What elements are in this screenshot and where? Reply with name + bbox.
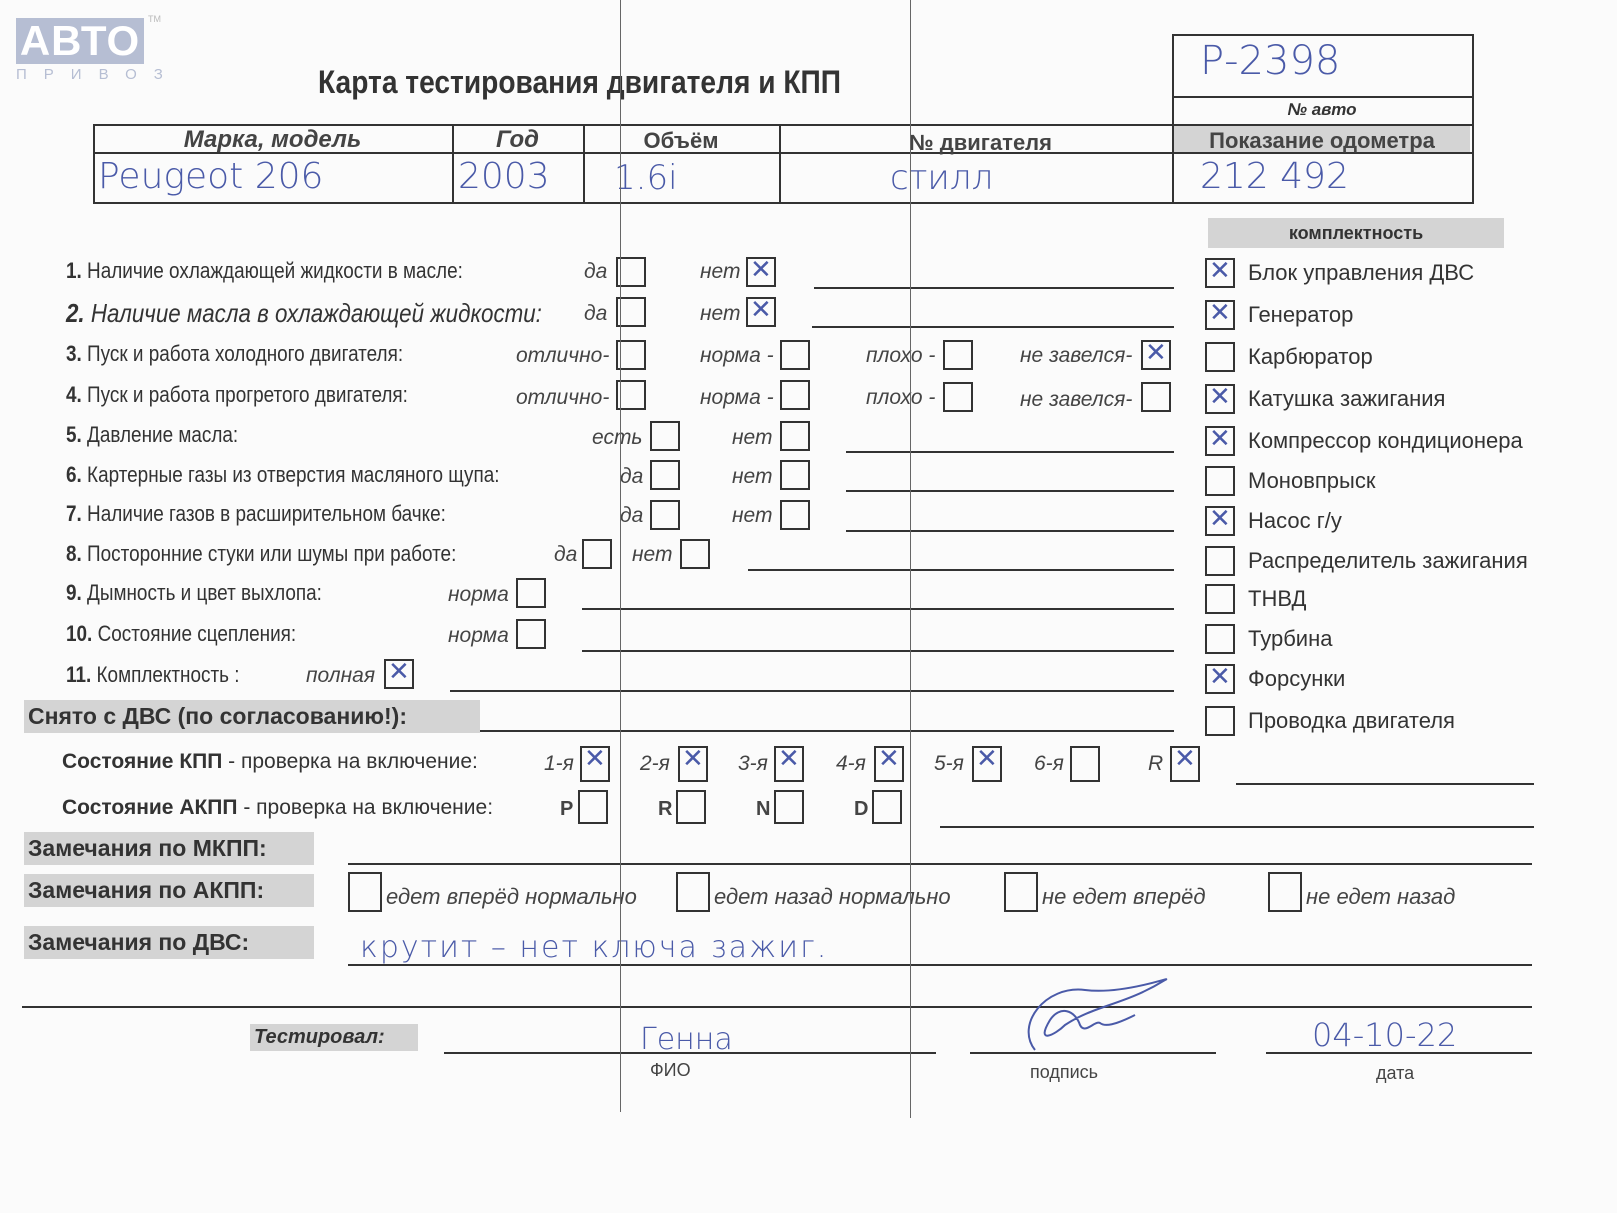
kit-item-label: Генератор [1248, 302, 1353, 328]
option-label: нет [632, 543, 673, 567]
option-label: есть [592, 426, 642, 450]
col-header-make-model: Марка, модель [93, 126, 452, 154]
kit-item-label: Форсунки [1248, 666, 1345, 692]
q10-normal-checkbox[interactable] [516, 619, 546, 649]
answer-line [582, 650, 1174, 652]
car-number-label: № авто [1172, 100, 1472, 120]
signature-line [970, 1052, 1216, 1054]
akpp-remark-checkbox[interactable] [1004, 872, 1038, 912]
option-label: не завелся- [1020, 344, 1132, 368]
kit-checkbox[interactable] [1205, 426, 1235, 456]
q6-no-checkbox[interactable] [780, 460, 810, 490]
akpp-remark-checkbox[interactable] [676, 872, 710, 912]
extra-remarks-line [22, 1006, 1532, 1008]
q1-no-checkbox[interactable] [746, 257, 776, 287]
kit-item-label: Компрессор кондиционера [1248, 428, 1523, 454]
kit-checkbox[interactable] [1205, 466, 1235, 496]
auto-gear-checkbox[interactable] [774, 790, 804, 824]
col-header-engine-number: № двигателя [779, 130, 1172, 156]
auto-gear-label: P [560, 798, 573, 821]
kit-item-label: Моновпрыск [1248, 468, 1375, 494]
q4-normal-checkbox[interactable] [780, 380, 810, 410]
gear-label: 1-я [544, 752, 574, 776]
answer-line [940, 826, 1534, 828]
auto-gear-checkbox[interactable] [578, 790, 608, 824]
question-3: 3. Пуск и работа холодного двигателя: [66, 341, 403, 367]
q7-no-checkbox[interactable] [780, 500, 810, 530]
kit-checkbox[interactable] [1205, 664, 1235, 694]
question-9: 9. Дымность и цвет выхлопа: [66, 580, 322, 606]
question-11: 11. Комплектность : [66, 662, 240, 688]
option-label: да [584, 260, 607, 284]
gear-label: 4-я [836, 752, 866, 776]
dvs-remarks-label: Замечания по ДВС: [24, 926, 314, 959]
q3-bad-checkbox[interactable] [943, 340, 973, 370]
q2-no-checkbox[interactable] [746, 297, 776, 327]
q4-not-started-checkbox[interactable] [1141, 382, 1171, 412]
gear-label: R [1148, 752, 1163, 776]
auto-gear-checkbox[interactable] [676, 790, 706, 824]
manual-gear-checkbox[interactable] [874, 746, 904, 782]
auto-gear-label: D [854, 798, 868, 821]
q4-bad-checkbox[interactable] [943, 382, 973, 412]
fold-line [620, 0, 621, 1112]
date-value[interactable]: 04-10-22 [1312, 1016, 1457, 1054]
q5-yes-checkbox[interactable] [650, 421, 680, 451]
question-10: 10. Состояние сцепления: [66, 621, 296, 647]
option-label: да [620, 465, 643, 489]
option-label: норма [448, 624, 509, 648]
akpp-remark-label: едет назад нормально [714, 884, 951, 910]
make-model-value[interactable]: Peugeot 206 [98, 156, 323, 197]
dvs-remarks-value[interactable]: крутит – нет ключа зажиг. [360, 930, 828, 965]
question-6: 6. Картерные газы из отверстия масляного… [66, 462, 499, 488]
manual-gear-checkbox[interactable] [774, 746, 804, 782]
option-label: полная [306, 664, 375, 688]
answer-line [846, 530, 1174, 532]
car-number-value[interactable]: Р-2398 [1200, 38, 1340, 84]
gear-label: 5-я [934, 752, 964, 776]
option-label: нет [732, 426, 773, 450]
option-label: плохо - [866, 386, 935, 410]
q7-yes-checkbox[interactable] [650, 500, 680, 530]
kit-checkbox[interactable] [1205, 506, 1235, 536]
date-caption: дата [1376, 1063, 1414, 1084]
kit-item-label: Турбина [1248, 626, 1332, 652]
question-7: 7. Наличие газов в расширительном бачке: [66, 501, 446, 527]
answer-line [450, 690, 1174, 692]
col-header-year: Год [452, 126, 583, 154]
kit-item-label: Насос г/у [1248, 508, 1342, 534]
akpp-remark-label: не едет вперёд [1042, 884, 1206, 910]
answer-line [846, 490, 1174, 492]
volume-value[interactable]: 1.6i [614, 158, 678, 198]
akpp-remark-checkbox[interactable] [348, 872, 382, 912]
kit-item-label: Катушка зажигания [1248, 386, 1445, 412]
gear-label: 6-я [1034, 752, 1064, 776]
kit-item-label: Распределитель зажигания [1248, 548, 1528, 574]
auto-gear-label: R [658, 798, 672, 821]
manual-gear-checkbox[interactable] [1170, 746, 1200, 782]
kit-item-label: Проводка двигателя [1248, 708, 1455, 734]
fold-line [910, 0, 911, 1118]
engine-number-value[interactable]: стилл [890, 158, 993, 198]
option-label: норма [448, 583, 509, 607]
kit-checkbox[interactable] [1205, 258, 1235, 288]
answer-line [812, 326, 1174, 328]
option-label: норма - [700, 344, 774, 368]
company-logo-subtitle: ПРИВОЗ [16, 66, 180, 83]
q3-not-started-checkbox[interactable] [1141, 340, 1171, 370]
signature[interactable] [1005, 965, 1185, 1060]
kit-checkbox[interactable] [1205, 706, 1235, 736]
q8-yes-checkbox[interactable] [582, 539, 612, 569]
option-label: нет [700, 260, 741, 284]
option-label: нет [700, 302, 741, 326]
name-caption: ФИО [650, 1060, 691, 1081]
question-4: 4. Пуск и работа прогретого двигателя: [66, 382, 408, 408]
date-line [1266, 1052, 1532, 1054]
mkpp-remarks-label: Замечания по МКПП: [24, 832, 314, 865]
answer-line [846, 451, 1174, 453]
manual-gear-checkbox[interactable] [1070, 746, 1100, 782]
kit-checkbox[interactable] [1205, 624, 1235, 654]
q3-normal-checkbox[interactable] [780, 340, 810, 370]
col-header-odometer: Показание одометра [1172, 128, 1472, 154]
answer-line [582, 608, 1174, 610]
question-2: 2. Наличие масла в охлаждающей жидкости: [66, 298, 542, 329]
option-label: норма - [700, 386, 774, 410]
manual-gearbox-label: Состояние КПП - проверка на включение: [62, 750, 478, 774]
tested-by-label: Тестировал: [250, 1024, 418, 1051]
q6-yes-checkbox[interactable] [650, 460, 680, 490]
completeness-header: комплектность [1208, 218, 1504, 248]
auto-gear-checkbox[interactable] [872, 790, 902, 824]
name-line [444, 1052, 936, 1054]
akpp-remarks-label: Замечания по АКПП: [24, 874, 314, 907]
kit-item-label: Карбюратор [1248, 344, 1373, 370]
akpp-remark-label: едет вперёд нормально [386, 884, 637, 910]
kit-item-label: ТНВД [1248, 586, 1306, 612]
question-5: 5. Давление масла: [66, 422, 238, 448]
kit-checkbox[interactable] [1205, 584, 1235, 614]
q11-full-checkbox[interactable] [384, 659, 414, 689]
answer-line [814, 287, 1174, 289]
removed-from-engine-label: Снято с ДВС (по согласованию!): [24, 700, 480, 733]
odometer-value[interactable]: 212 492 [1200, 156, 1349, 197]
kit-checkbox[interactable] [1205, 342, 1235, 372]
option-label: да [554, 543, 577, 567]
gear-label: 2-я [640, 752, 670, 776]
signature-caption: подпись [1030, 1062, 1098, 1083]
dvs-remarks-line [348, 964, 1532, 966]
question-1: 1. Наличие охлаждающей жидкости в масле: [66, 258, 463, 284]
answer-line [480, 730, 1174, 732]
kit-checkbox[interactable] [1205, 546, 1235, 576]
option-label: не завелся- [1020, 388, 1132, 412]
manual-gear-checkbox[interactable] [678, 746, 708, 782]
option-label: да [584, 302, 607, 326]
kit-checkbox[interactable] [1205, 300, 1235, 330]
year-value[interactable]: 2003 [458, 156, 550, 197]
answer-line [748, 569, 1174, 571]
answer-line [1236, 783, 1534, 785]
option-label: да [620, 504, 643, 528]
auto-gearbox-label: Состояние АКПП - проверка на включение: [62, 796, 493, 820]
q5-no-checkbox[interactable] [780, 421, 810, 451]
page-title: Карта тестирования двигателя и КПП [318, 64, 841, 101]
manual-gear-checkbox[interactable] [972, 746, 1002, 782]
option-label: нет [732, 504, 773, 528]
company-logo: АВТО [16, 18, 144, 64]
akpp-remark-label: не едет назад [1306, 884, 1455, 910]
kit-checkbox[interactable] [1205, 384, 1235, 414]
option-label: нет [732, 465, 773, 489]
kit-item-label: Блок управления ДВС [1248, 260, 1474, 286]
q9-normal-checkbox[interactable] [516, 578, 546, 608]
col-header-volume: Объём [583, 128, 779, 154]
option-label: отлично- [516, 386, 609, 410]
akpp-remark-checkbox[interactable] [1268, 872, 1302, 912]
mkpp-remarks-line [348, 863, 1532, 865]
option-label: плохо - [866, 344, 935, 368]
manual-gear-checkbox[interactable] [580, 746, 610, 782]
option-label: отлично- [516, 344, 609, 368]
auto-gear-label: N [756, 798, 770, 821]
q8-no-checkbox[interactable] [680, 539, 710, 569]
question-8: 8. Посторонние стуки или шумы при работе… [66, 541, 456, 567]
trademark-mark: TM [148, 14, 161, 24]
gear-label: 3-я [738, 752, 768, 776]
